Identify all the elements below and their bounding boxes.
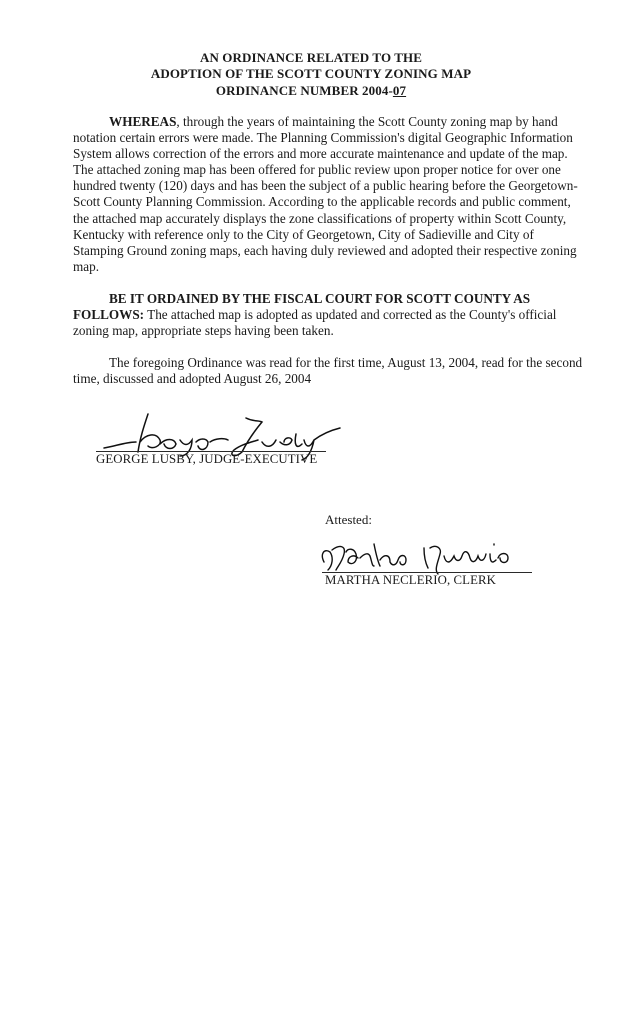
- whereas-line-3: System allows correction of the errors a…: [73, 146, 553, 162]
- foregoing-paragraph: The foregoing Ordinance was read for the…: [73, 355, 553, 387]
- foregoing-line-2: time, discussed and adopted August 26, 2…: [73, 371, 553, 387]
- whereas-line-5: hundred twenty (120) days and has been t…: [73, 178, 553, 194]
- whereas-lead: WHEREAS: [109, 114, 176, 129]
- ordained-line-1: BE IT ORDAINED BY THE FISCAL COURT FOR S…: [73, 291, 553, 307]
- whereas-line-4: The attached zoning map has been offered…: [73, 162, 553, 178]
- whereas-paragraph: WHEREAS, through the years of maintainin…: [73, 114, 553, 275]
- clerk-signature-scribble-icon: [318, 540, 538, 576]
- whereas-line-9: Stamping Ground zoning maps, each having…: [73, 243, 553, 259]
- whereas-line-6: Scott County Planning Commission. Accord…: [73, 194, 553, 210]
- ordinance-title: AN ORDINANCE RELATED TO THE ADOPTION OF …: [0, 50, 622, 99]
- clerk-printed-name: MARTHA NECLERIO, CLERK: [325, 573, 496, 588]
- judge-printed-name: GEORGE LUSBY, JUDGE-EXECUTIVE: [96, 452, 317, 467]
- whereas-line-2: notation certain errors were made. The P…: [73, 130, 553, 146]
- title-line-2: ADOPTION OF THE SCOTT COUNTY ZONING MAP: [0, 66, 622, 82]
- ordinance-number-prefix: ORDINANCE NUMBER 2004-: [216, 83, 393, 98]
- whereas-line-8: Kentucky with reference only to the City…: [73, 227, 553, 243]
- document-page: AN ORDINANCE RELATED TO THE ADOPTION OF …: [0, 0, 622, 1024]
- ordained-paragraph: BE IT ORDAINED BY THE FISCAL COURT FOR S…: [73, 291, 553, 339]
- whereas-line-10: map.: [73, 259, 553, 275]
- whereas-line-1: WHEREAS, through the years of maintainin…: [73, 114, 553, 130]
- ordained-line-2: FOLLOWS: The attached map is adopted as …: [73, 307, 553, 323]
- attested-label: Attested:: [325, 512, 372, 528]
- title-line-3: ORDINANCE NUMBER 2004-07: [0, 83, 622, 99]
- ordained-line-3: zoning map, appropriate steps having bee…: [73, 323, 553, 339]
- whereas-line-7: the attached map accurately displays the…: [73, 211, 553, 227]
- foregoing-line-1: The foregoing Ordinance was read for the…: [73, 355, 553, 371]
- ordinance-number-suffix: 07: [393, 83, 406, 98]
- title-line-1: AN ORDINANCE RELATED TO THE: [0, 50, 622, 66]
